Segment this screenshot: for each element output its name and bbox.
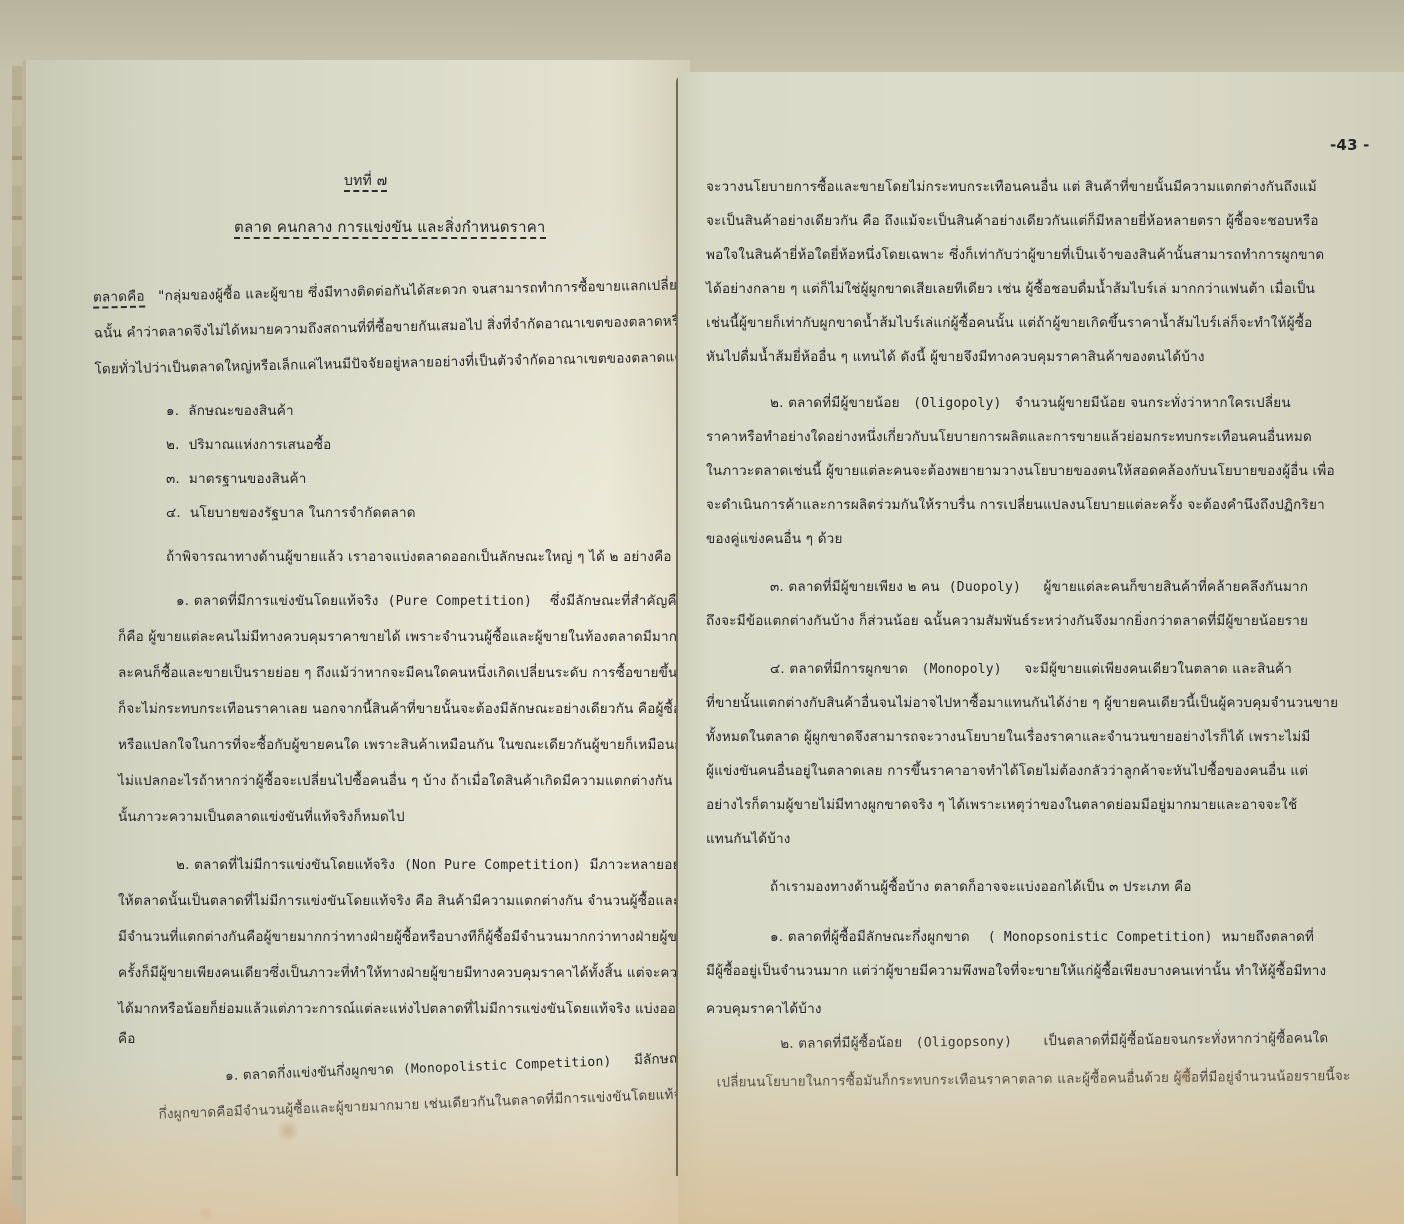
paragraph-line: ครั้งก็มีผู้ขายเพียงคนเดียวซึ่งเป็นภาวะท… [118,964,690,982]
definition-line-2: ฉนั้น คำว่าตลาดจึงไม่ได้หมายความถึงสถานท… [94,312,688,342]
paragraph-line: ไม่แปลกอะไรถ้าหากว่าผู้ซื้อจะเปลี่ยนไปซื… [118,772,673,790]
section-heading: ๑. ตลาดกึ่งแข่งขันกึ่งผูกขาด (Monopolist… [225,1048,690,1086]
paragraph-line: ที่ขายนั้นแตกต่างกับสินค้าอื่นจนไม่อาจไป… [706,694,1338,712]
paragraph-line: เปลี่ยนนโยบายในการซื้อมันก็กระทบกระเทือน… [716,1067,1350,1092]
paragraph-line: มีจำนวนที่แตกต่างกันคือผู้ขายมากกว่าทางฝ… [118,928,690,946]
paragraph-line: แทนกันได้บ้าง [706,830,791,848]
section-heading: ๑. ตลาดที่ผู้ซื้อมีลักษณะกึ่งผูกขาด ( Mo… [770,928,1314,947]
paragraph-line: จะวางนโยบายการซื้อและขายโดยไม่กระทบกระเท… [706,178,1317,196]
section-heading: ๓. ตลาดที่มีผู้ขายเพียง ๒ คน (Duopoly) ผ… [770,578,1308,597]
paragraph-line: นั้นภาวะความเป็นตลาดแข่งขันที่แท้จริงก็ห… [118,808,405,826]
chapter-title: ตลาด คนกลาง การแข่งขัน และสิ่งกำหนดราคา [234,218,546,236]
paragraph-line: ผู้แข่งขันคนอื่นอยู่ในตลาดเลย การขึ้นราค… [706,762,1308,780]
paragraph-line: ของคู่แข่งคนอื่น ๆ ด้วย [706,530,843,548]
page-number: -43 - [1330,136,1370,154]
paragraph-line: ให้ตลาดนั้นเป็นตลาดที่ไม่มีการแข่งขันโดย… [118,892,688,910]
factor-item: ๒. ปริมาณแห่งการเสนอซื้อ [166,436,331,454]
section-heading: ๔. ตลาดที่มีการผูกขาด (Monopoly) จะมีผู้… [770,660,1292,679]
paragraph-line: ได้อย่างกลาย ๆ แต่ก็ไม่ใช่ผู้ผูกขาดเสียเ… [706,280,1315,298]
section-heading: ๒. ตลาดที่ไม่มีการแข่งขันโดยแท้จริง (Non… [176,856,690,875]
paragraph-line: ถึงจะมีข้อแตกต่างกันบ้าง ก็ส่วนน้อย ฉนั้… [706,612,1308,630]
factor-item: ๔. นโยบายของรัฐบาล ในการจำกัดตลาด [166,504,416,522]
chapter-heading: บทที่ ๗ [344,172,387,190]
paragraph-line: กึ่งผูกขาดคือมีจำนวนผู้ซื้อและผู้ขายมากม… [158,1083,690,1123]
book-binding-edge [12,66,22,1206]
paragraph-line: หรือแปลกใจในการที่จะซื้อกับผู้ขายคนใด เพ… [118,736,690,754]
paragraph-line: ควบคุมราคาได้บ้าง [706,1000,822,1018]
paragraph-line: พอใจในสินค้ายี่ห้อใดยี่ห้อหนึ่งโดยเฉพาะ … [706,246,1324,264]
paragraph-line: ในภาวะตลาดเช่นนี้ ผู้ขายแต่ละคนจะต้องพยา… [706,462,1335,480]
paragraph-line: จะเป็นสินค้าอย่างเดียวกัน คือ ถึงแม้จะเป… [706,212,1319,230]
paragraph-line: ก็คือ ผู้ขายแต่ละคนไม่มีทางควบคุมราคาขาย… [118,628,690,646]
paragraph-line: ได้มากหรือน้อยก็ย่อมแล้วแต่ภาวะการณ์แต่ล… [118,1000,690,1018]
paragraph-line: คือ [118,1030,136,1048]
paragraph-line: ก็จะไม่กระทบกระเทือนราคาเลย นอกจากนี้สิน… [118,700,690,718]
definition-term: ตลาดคือ [93,289,145,309]
factor-item: ๓. มาตรฐานของสินค้า [166,470,306,488]
left-page: บทที่ ๗ ตลาด คนกลาง การแข่งขัน และสิ่งกำ… [22,60,690,1224]
section-heading: ๑. ตลาดที่มีการแข่งขันโดยแท้จริง (Pure C… [176,592,685,611]
definition-line-3: โดยทั่วไปว่าเป็นตลาดใหญ่หรือเล็กแค่ไหนมี… [94,348,690,379]
section-heading: ๒. ตลาดที่มีผู้ขายน้อย (Oligopoly) จำนวน… [770,394,1291,413]
paper-stain [1176,1066,1194,1086]
paragraph-line: หันไปดื่มน้ำส้มยี่ห้ออื่น ๆ แทนได้ ดังนี… [706,348,1205,366]
factor-item: ๑. ลักษณะของสินค้า [166,402,294,420]
paragraph-line: จะดำเนินการค้าและการผลิตร่วมกันให้ราบรื่… [706,496,1325,514]
paper-stain [198,1206,214,1222]
paragraph-line: อย่างไรก็ตามผู้ขายไม่มีทางผูกขาดจริง ๆ ไ… [706,796,1297,814]
buyer-intro: ถ้าเรามองทางด้านผู้ซื้อบ้าง ตลาดก็อาจจะแ… [770,878,1192,896]
right-page: -43 - จะวางนโยบายการซื้อและขายโดยไม่กระท… [678,72,1404,1224]
seller-intro: ถ้าพิจารณาทางด้านผู้ขายแล้ว เราอาจแบ่งตล… [166,548,672,566]
section-heading: ๒. ตลาดที่มีผู้ซื้อน้อย (Oligopsony) เป็… [780,1029,1328,1054]
paragraph-line: ละคนก็ซื้อและขายเป็นรายย่อย ๆ ถึงแม้ว่าห… [118,664,690,682]
paper-stain [278,1118,298,1144]
paragraph-line: มีผู้ซื้ออยู่เป็นจำนวนมาก แต่ว่าผู้ขายมี… [706,962,1326,980]
paragraph-line: เช่นนี้ผู้ขายก็เท่ากับผูกขาดน้ำส้มไบร์เล… [706,314,1312,332]
paragraph-line: ทั้งหมดในตลาด ผู้ผูกขาดจึงสามารถจะวางนโย… [706,728,1310,746]
paragraph-line: ราคาหรือทำอย่างใดอย่างหนึ่งเกี่ยวกับนโยบ… [706,428,1312,446]
definition-line-1: ตลาดคือ "กลุ่มของผู้ซื้อ และผู้ขาย ซึ่งม… [93,276,687,306]
